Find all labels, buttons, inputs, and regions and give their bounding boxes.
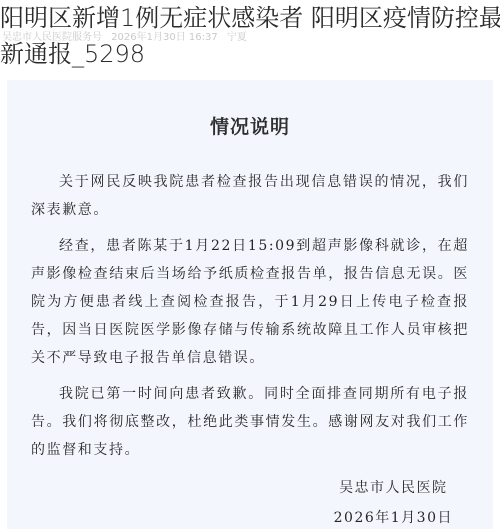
document-paragraph-investigation: 经查，患者陈某于1月22日15:09到超声影像科就诊，在超声影像检查结束后当场给…	[31, 232, 469, 372]
document-paragraph-remediation: 我院已第一时间向患者致歉。同时全面排查同期所有电子报告。我们将彻底整改，杜绝此类…	[31, 380, 469, 464]
notice-document-image: 情况说明 关于网民反映我院患者检查报告出现信息错误的情况，我们深表歉意。 经查，…	[7, 80, 493, 529]
page-title: 阳明区新增1例无症状感染者 阳明区疫情防控最新通报_5298	[0, 0, 500, 72]
signature-organization: 吴忠市人民医院	[334, 473, 453, 503]
document-paragraph-apology: 关于网民反映我院患者检查报告出现信息错误的情况，我们深表歉意。	[31, 168, 469, 224]
document-heading: 情况说明	[31, 114, 469, 140]
signature-date: 2026年1月30日	[334, 503, 453, 529]
document-signature: 吴忠市人民医院 2026年1月30日	[334, 473, 453, 529]
